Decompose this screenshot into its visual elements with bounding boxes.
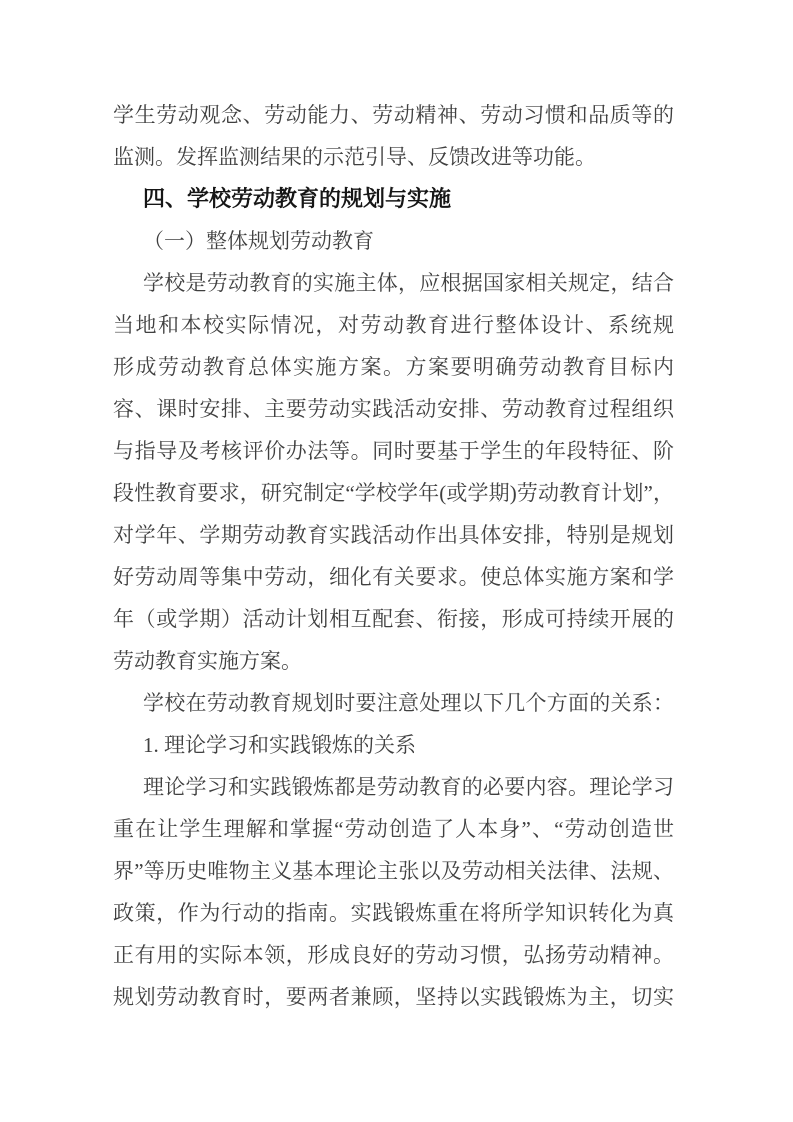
- text-line: 监测。发挥监测结果的示范引导、反馈改进等功能。: [113, 136, 674, 178]
- text-line: 段性教育要求，研究制定“学校学年(或学期)劳动教育计划”，: [113, 472, 674, 514]
- text-line: 政策，作为行动的指南。实践锻炼重在将所学知识转化为真: [113, 892, 674, 934]
- text-line: 好劳动周等集中劳动，细化有关要求。使总体实施方案和学: [113, 556, 674, 598]
- text-line: 规划劳动教育时，要两者兼顾，坚持以实践锻炼为主，切实: [113, 976, 674, 1018]
- text-line: 学生劳动观念、劳动能力、劳动精神、劳动习惯和品质等的: [113, 94, 674, 136]
- text-line: 年（或学期）活动计划相互配套、衔接，形成可持续开展的: [113, 598, 674, 640]
- text-line: 劳动教育实施方案。: [113, 640, 674, 682]
- text-line: （一）整体规划劳动教育: [113, 220, 674, 262]
- document-body: 学生劳动观念、劳动能力、劳动精神、劳动习惯和品质等的监测。发挥监测结果的示范引导…: [113, 94, 674, 1018]
- text-line: 学校在劳动教育规划时要注意处理以下几个方面的关系：: [113, 682, 674, 724]
- text-line: 重在让学生理解和掌握“劳动创造了人本身”、“劳动创造世: [113, 808, 674, 850]
- text-line: 1. 理论学习和实践锻炼的关系: [113, 724, 674, 766]
- heading-line: 四、学校劳动教育的规划与实施: [113, 178, 674, 220]
- text-line: 当地和本校实际情况，对劳动教育进行整体设计、系统规划，: [113, 304, 674, 346]
- text-line: 形成劳动教育总体实施方案。方案要明确劳动教育目标内: [113, 346, 674, 388]
- text-line: 界”等历史唯物主义基本理论主张以及劳动相关法律、法规、: [113, 850, 674, 892]
- text-line: 学校是劳动教育的实施主体，应根据国家相关规定，结合: [113, 262, 674, 304]
- text-line: 与指导及考核评价办法等。同时要基于学生的年段特征、阶: [113, 430, 674, 472]
- text-line: 对学年、学期劳动教育实践活动作出具体安排，特别是规划: [113, 514, 674, 556]
- text-line: 容、课时安排、主要劳动实践活动安排、劳动教育过程组织: [113, 388, 674, 430]
- text-line: 正有用的实际本领，形成良好的劳动习惯，弘扬劳动精神。: [113, 934, 674, 976]
- document-page: 学生劳动观念、劳动能力、劳动精神、劳动习惯和品质等的监测。发挥监测结果的示范引导…: [0, 0, 793, 1122]
- text-line: 理论学习和实践锻炼都是劳动教育的必要内容。理论学习: [113, 766, 674, 808]
